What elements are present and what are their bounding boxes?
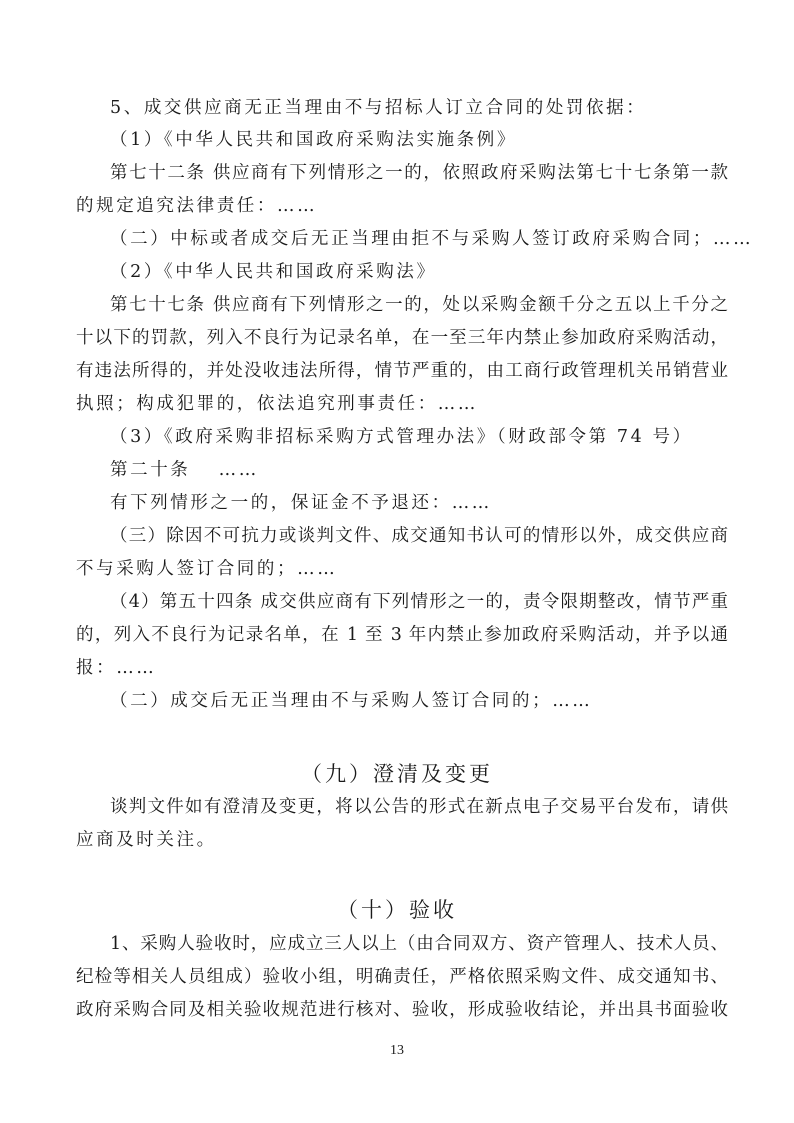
paragraph-line: （二）成交后无正当理由不与采购人签订合同的；……: [110, 689, 762, 713]
paragraph-line: （二）中标或者成交后无正当理由拒不与采购人签订政府采购合同；……: [110, 227, 762, 251]
paragraph-line: （2）《中华人民共和国政府采购法》: [110, 260, 762, 284]
paragraph-line: 第七十七条 供应商有下列情形之一的，处以采购金额千分之五以上千分之: [110, 293, 728, 317]
paragraph-line: 有违法所得的，并处没收违法所得，情节严重的，由工商行政管理机关吊销营业: [76, 359, 728, 383]
section-heading-clarification: （九）澄清及变更: [0, 760, 794, 788]
paragraph-line: 报：……: [76, 656, 728, 680]
paragraph-line: 纪检等相关人员组成）验收小组，明确责任，严格依照采购文件、成交通知书、: [76, 965, 728, 989]
paragraph-line: 的，列入不良行为记录名单，在 1 至 3 年内禁止参加政府采购活动，并予以通: [76, 623, 728, 647]
paragraph-line: 不与采购人签订合同的；……: [76, 557, 728, 581]
paragraph-line: 的规定追究法律责任：……: [76, 194, 728, 218]
paragraph-line: 政府采购合同及相关验收规范进行核对、验收，形成验收结论，并出具书面验收: [76, 998, 728, 1022]
paragraph-line: （三）除因不可抗力或谈判文件、成交通知书认可的情形以外，成交供应商: [110, 524, 728, 548]
paragraph-line: 有下列情形之一的，保证金不予退还：……: [110, 491, 762, 515]
paragraph-line: （4）第五十四条 成交供应商有下列情形之一的，责令限期整改，情节严重: [110, 590, 728, 614]
paragraph-line: 5、成交供应商无正当理由不与招标人订立合同的处罚依据：: [110, 96, 728, 120]
paragraph-line: 1、采购人验收时，应成立三人以上（由合同双方、资产管理人、技术人员、: [110, 932, 728, 956]
paragraph-line: 第二十条 ……: [110, 458, 762, 482]
paragraph-line: 执照；构成犯罪的，依法追究刑事责任：……: [76, 392, 728, 416]
paragraph-line: （3）《政府采购非招标采购方式管理办法》（财政部令第 74 号）: [110, 425, 762, 449]
page-number: 13: [0, 1043, 794, 1059]
document-page: 5、成交供应商无正当理由不与招标人订立合同的处罚依据： （1）《中华人民共和国政…: [0, 0, 794, 1123]
paragraph-line: 第七十二条 供应商有下列情形之一的，依照政府采购法第七十七条第一款: [110, 161, 728, 185]
paragraph-line: 应商及时关注。: [76, 828, 728, 852]
paragraph-line: 十以下的罚款，列入不良行为记录名单，在一至三年内禁止参加政府采购活动，: [76, 326, 728, 350]
section-heading-acceptance: （十）验收: [0, 896, 794, 924]
paragraph-line: （1）《中华人民共和国政府采购法实施条例》: [110, 128, 762, 152]
paragraph-line: 谈判文件如有澄清及变更，将以公告的形式在新点电子交易平台发布，请供: [110, 795, 728, 819]
